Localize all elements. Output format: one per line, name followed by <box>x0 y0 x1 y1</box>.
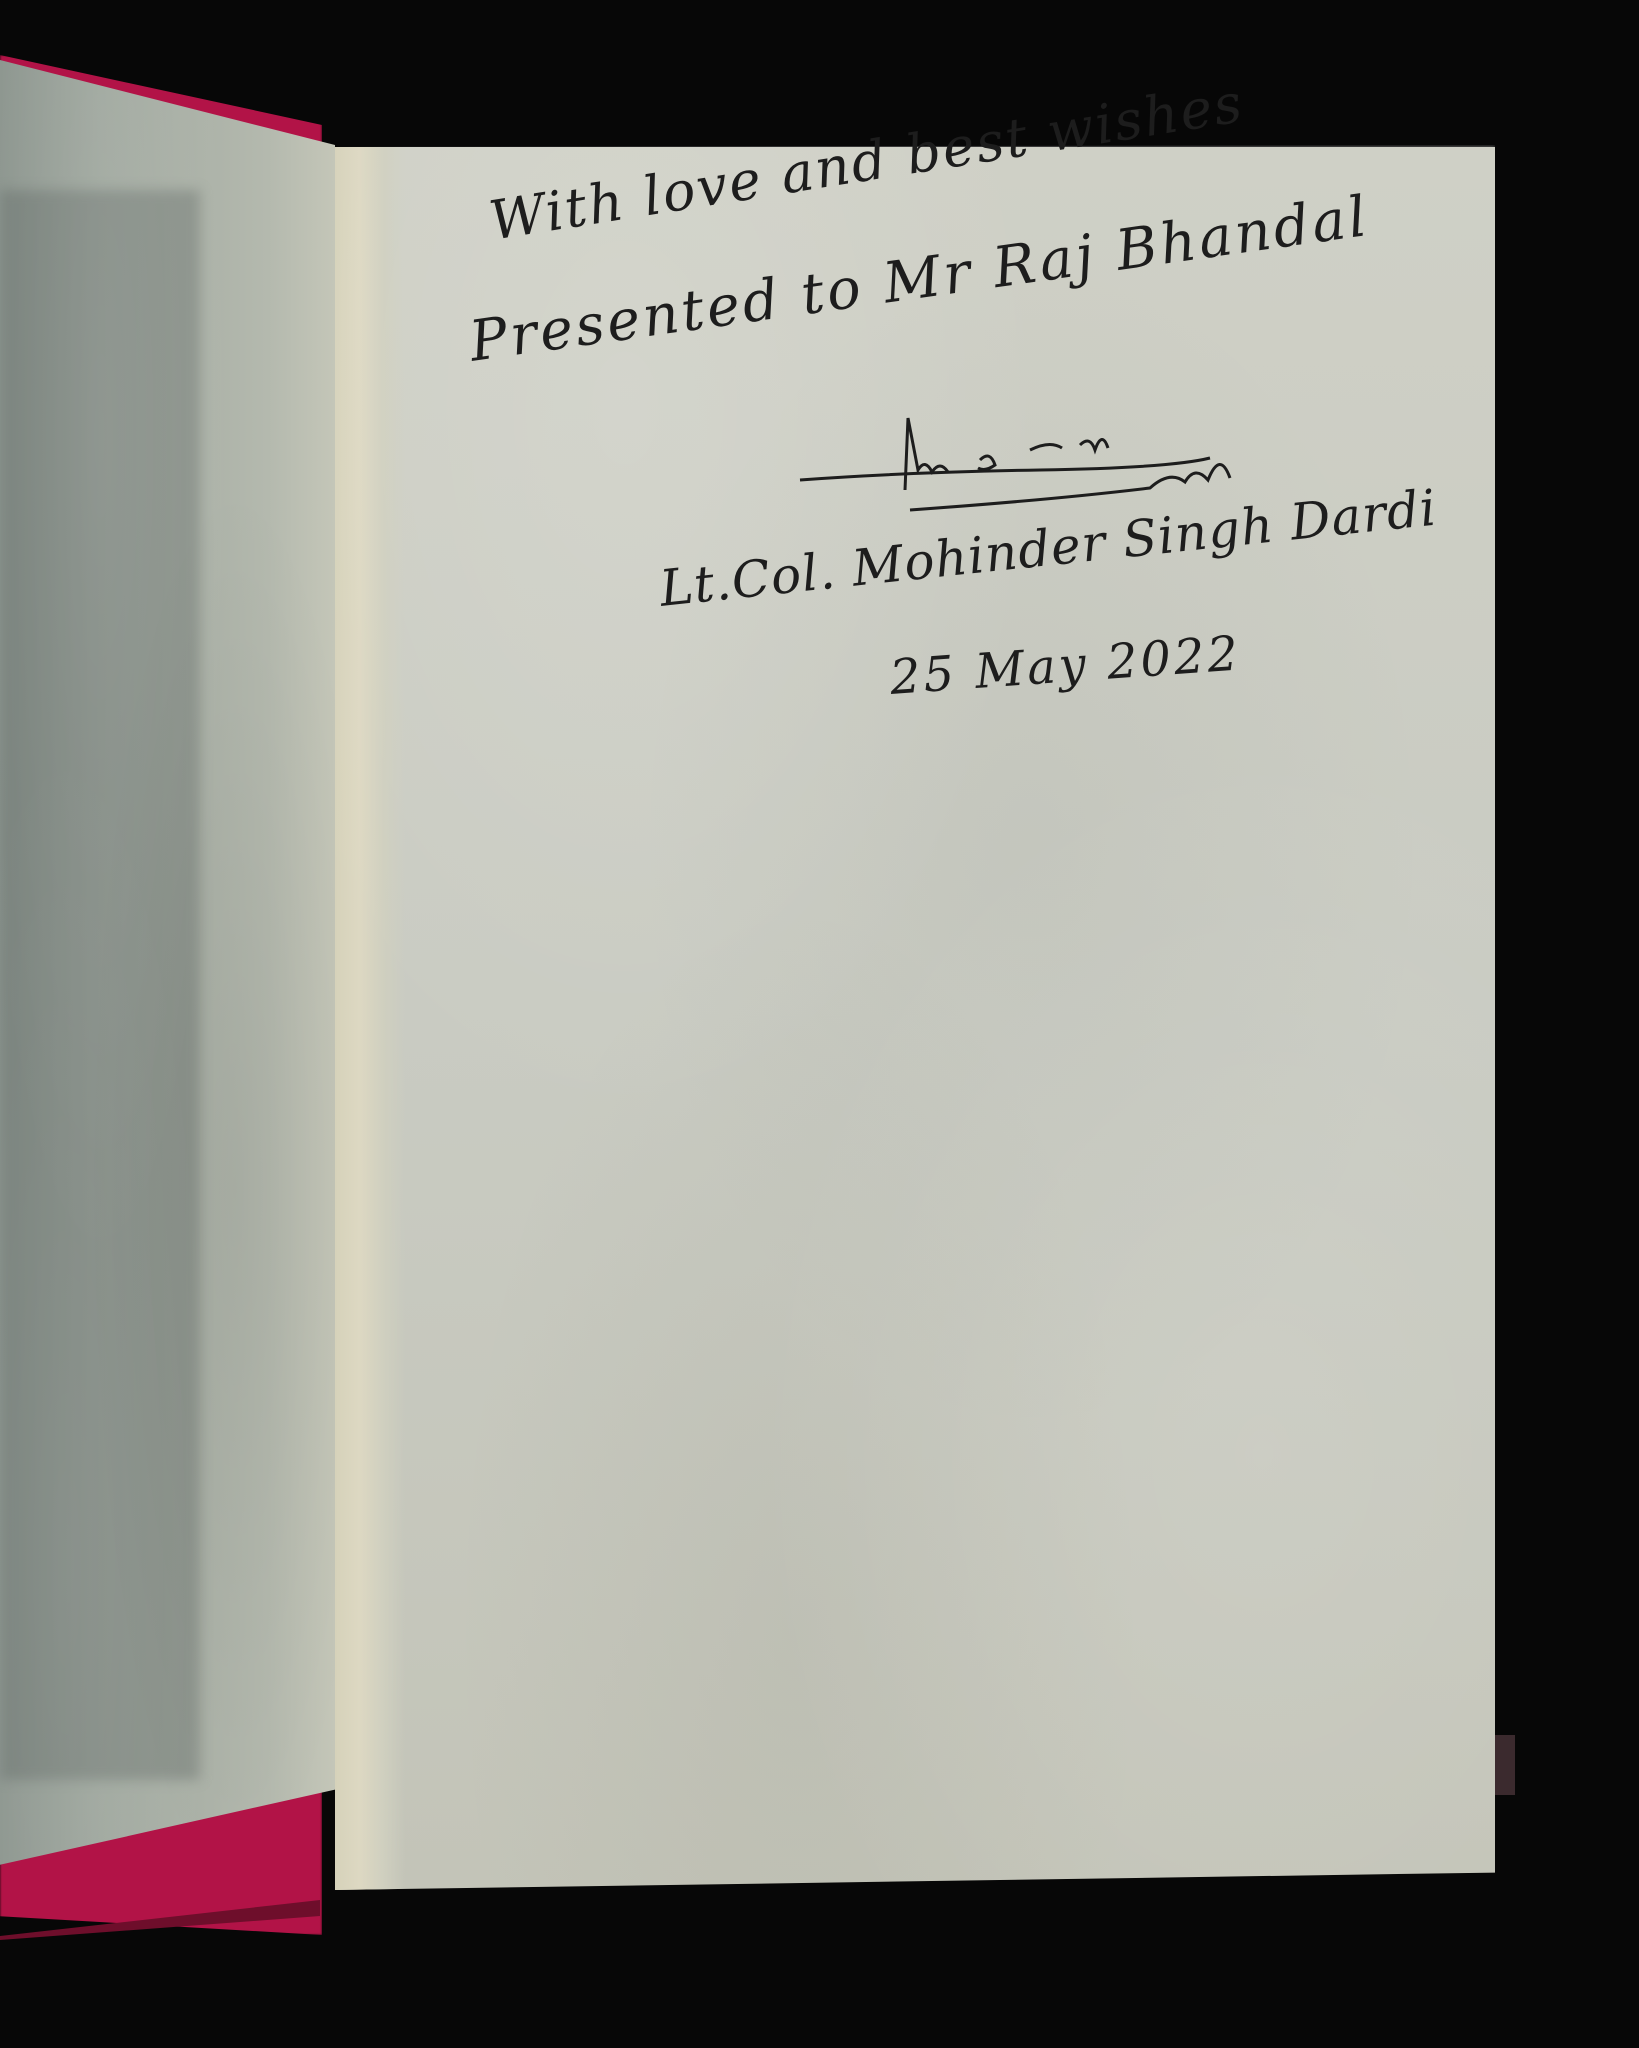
endpaper-texture <box>0 60 335 1940</box>
book-headband <box>1495 1735 1515 1795</box>
photo-scene: With love and best wishes Presented to M… <box>0 0 1639 2048</box>
page-texture <box>335 147 1495 1890</box>
flyleaf-page <box>335 147 1495 1890</box>
left-endpaper <box>0 60 335 1940</box>
